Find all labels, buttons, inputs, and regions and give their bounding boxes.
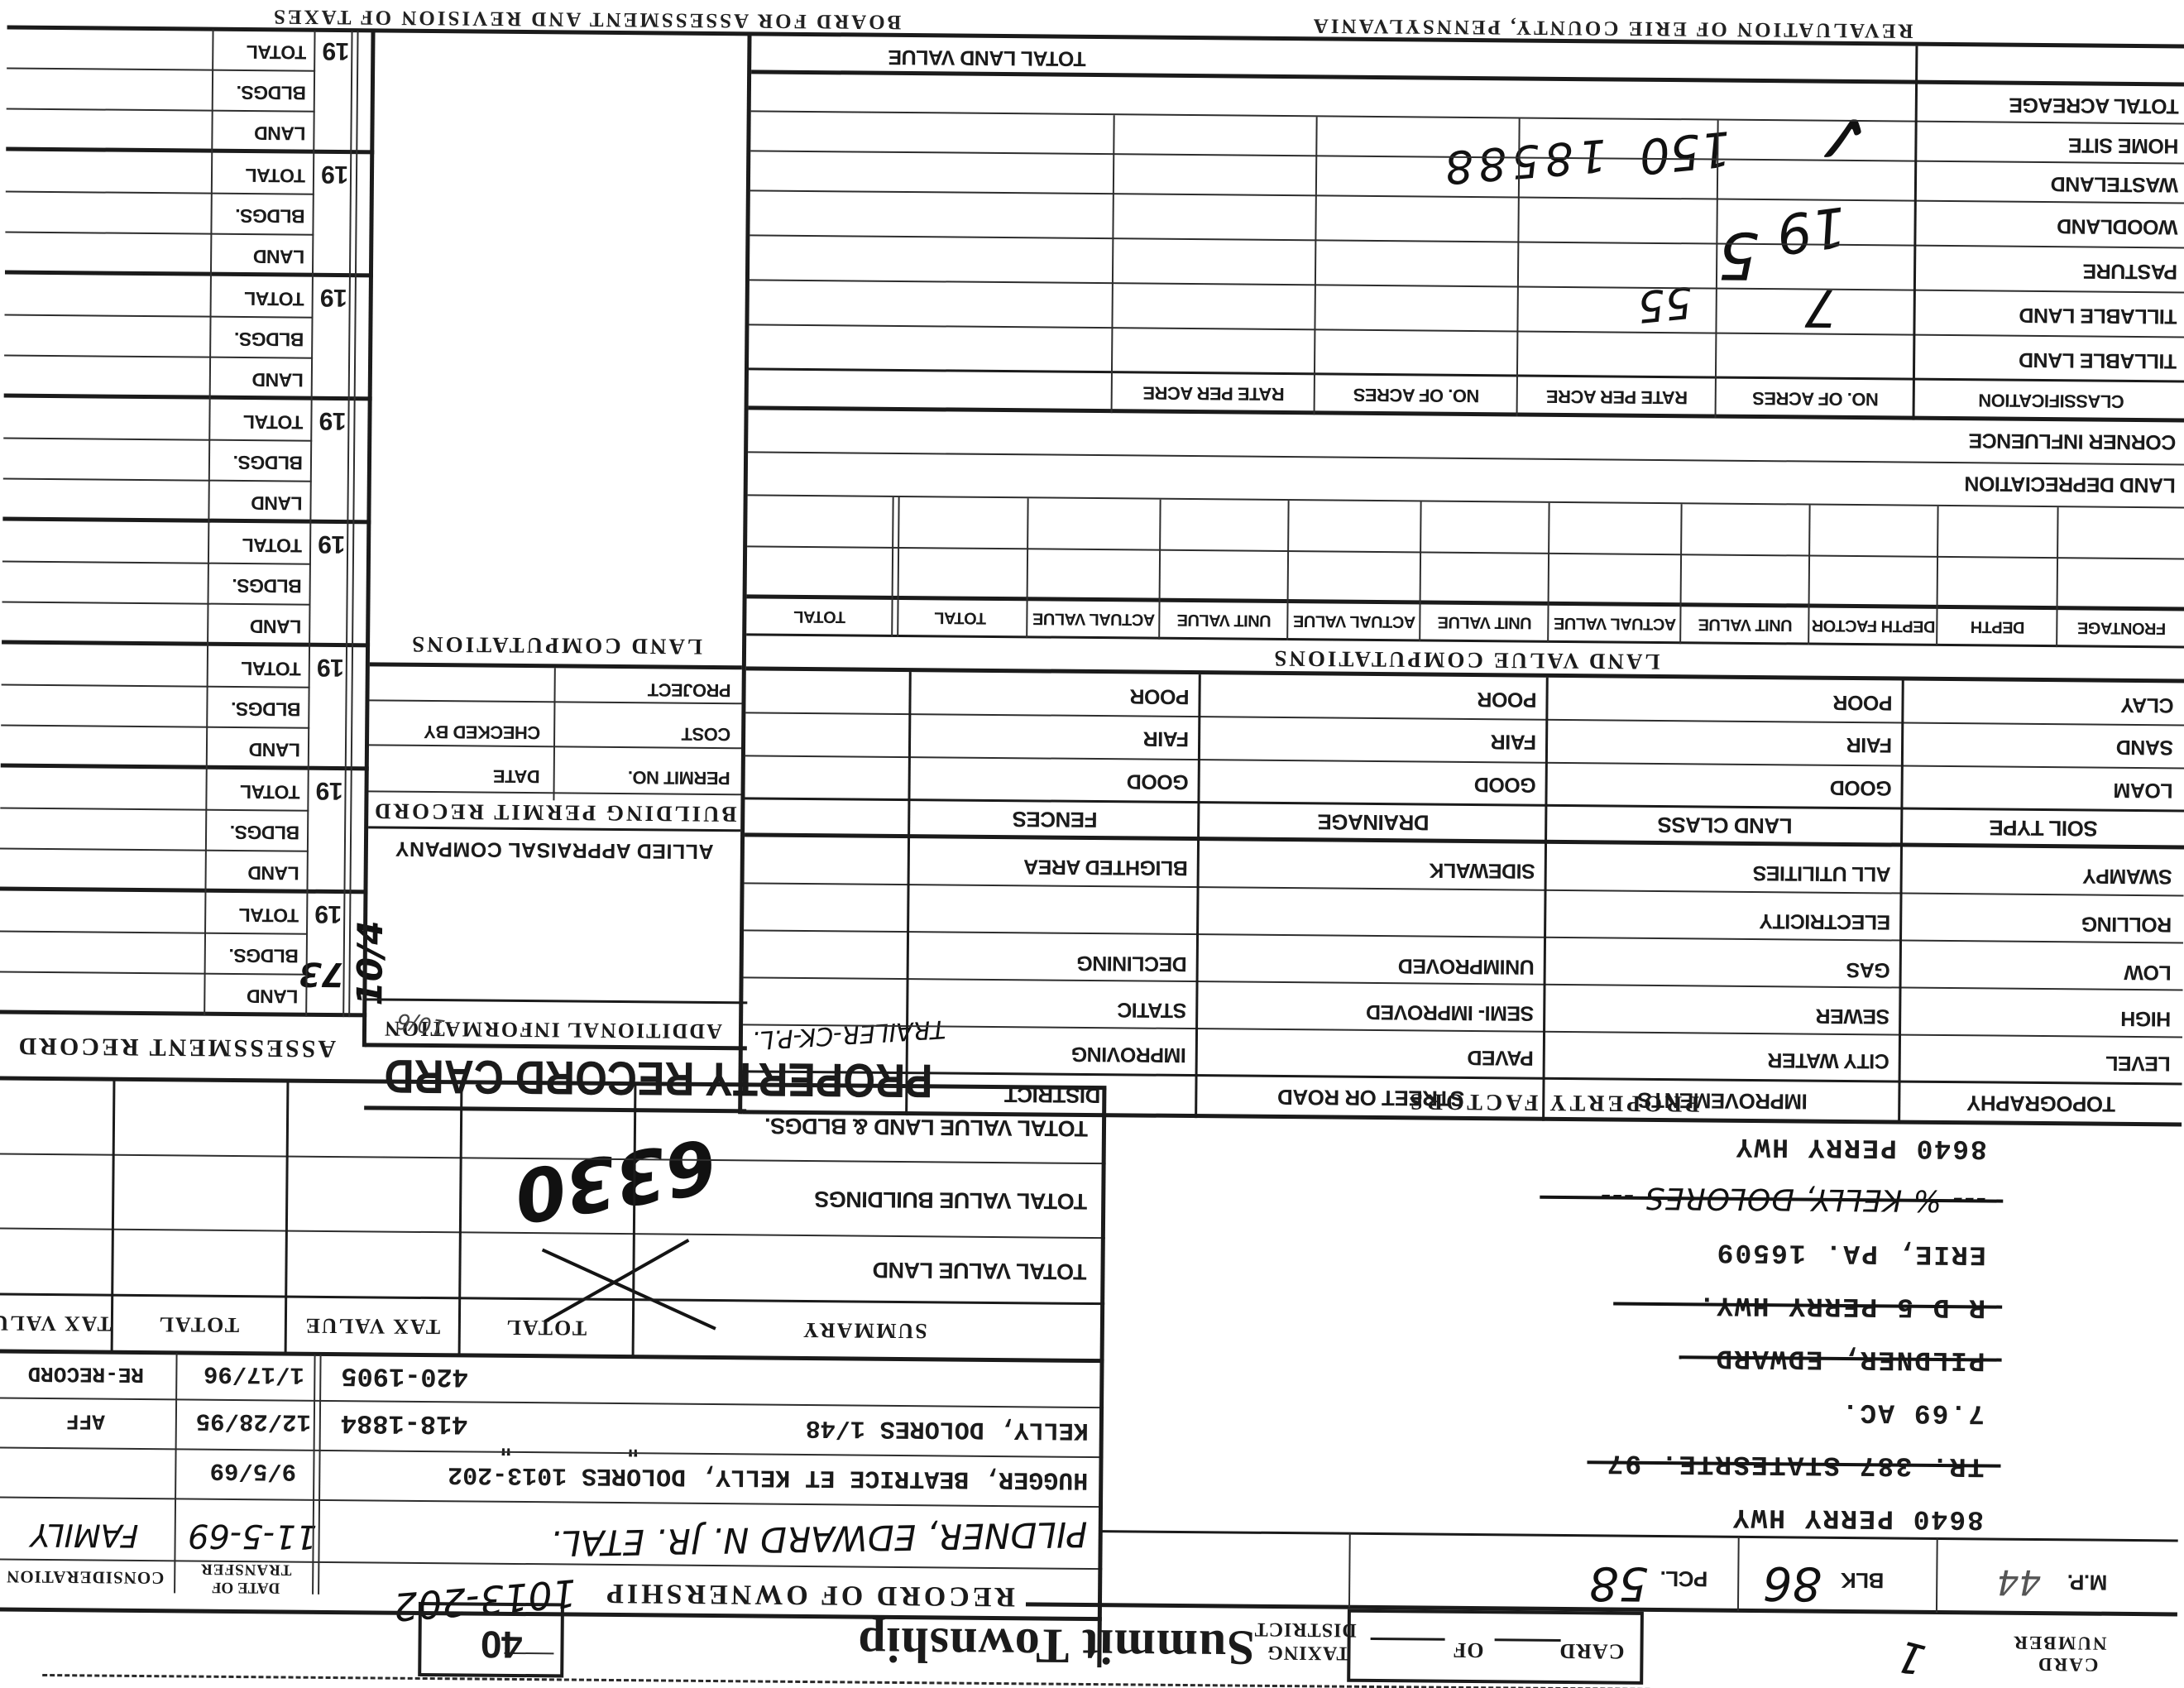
permit-no-label: PERMIT NO.: [628, 768, 730, 787]
lvc-header: FRONTAGE: [2057, 619, 2184, 636]
ownership-transfer-date: 1/17/96: [181, 1361, 326, 1387]
factors-sub-cell: GOOD: [1830, 777, 1892, 798]
rule-v-6: [174, 1353, 178, 1593]
mp-value: 44: [1997, 1565, 2042, 1599]
rule-v-17: [905, 672, 912, 1115]
rule-v-3: [1097, 1088, 1106, 1667]
classification-row-label: WOODLAND: [2057, 215, 2177, 237]
assessment-row-label: LAND: [254, 123, 305, 143]
classification-hw-acres: 19: [1774, 198, 1850, 261]
factors-sub-cell: POOR: [1833, 692, 1893, 713]
taxing-district-label-line2: DISTRICT: [1254, 1619, 1357, 1640]
factors-cell: ALL UTILITIES: [1585, 861, 1891, 883]
assessment-row-label: BLDGS.: [230, 822, 299, 842]
ownership-name: HUGGER, BEATRICE ET KELLY, DOLORES 1013-…: [448, 1461, 1088, 1492]
assessment-row-label: TOTAL: [245, 289, 304, 309]
classification-hw-value: 18588: [1439, 132, 1608, 190]
lvc-header: TOTAL: [893, 609, 1027, 626]
factors-cell: ELECTRICITY: [1584, 909, 1890, 931]
additional-information-note-2: 10/6: [395, 1009, 447, 1038]
property-record-card: CARD NUMBER 1 CARD OF TAXING DISTRICT Su…: [0, 28, 2184, 1661]
taxing-district-label-line1: TAXING: [1267, 1642, 1349, 1663]
classification-hw-check: ✓: [1812, 101, 1872, 173]
mp-label: M.P.: [2067, 1571, 2107, 1593]
factors-sub-cell: FAIR: [1491, 731, 1536, 751]
assessment-block-top-rule: [6, 147, 374, 155]
lvc-header: DEPTH: [1937, 618, 2057, 635]
assessment-row-rule: [4, 355, 313, 359]
classification-row-label: PASTURE: [2083, 260, 2177, 281]
rule-h-4: [0, 1496, 1103, 1508]
rule-v-1: [1737, 1537, 1740, 1611]
factors-sub-cell: CLAY: [2121, 694, 2174, 716]
classification-row-label: WASTELAND: [2051, 173, 2178, 194]
factors-sub-header: FENCES: [910, 808, 1200, 832]
rule-h-12: [364, 1105, 746, 1113]
ownership-deed-number: 420-1905: [341, 1362, 516, 1390]
classification-header: RATE PER ACRE: [1113, 383, 1315, 403]
classification-header: RATE PER ACRE: [1518, 386, 1717, 406]
pcl-label: PCL.: [1660, 1568, 1707, 1590]
rule-v-7: [632, 1084, 637, 1357]
assessment-year-prefix: 19: [319, 408, 347, 433]
factors-header: TOPOGRAPHY: [1900, 1092, 2182, 1116]
factors-cell: DECLINING: [947, 952, 1187, 973]
rule-v-9: [285, 1081, 290, 1355]
rule-h-37: [749, 367, 2184, 382]
total-acreage-label: TOTAL ACREAGE: [2009, 94, 2179, 117]
factors-cell: ROLLING: [1940, 912, 2172, 933]
ownership-transfer-date: 11-5-69: [180, 1518, 324, 1553]
classification-row-label: TILLABLE LAND: [2019, 349, 2177, 372]
assessment-row-label: BLDGS.: [231, 699, 300, 719]
summary-header: TAX VALUE: [0, 1312, 112, 1334]
rule-v-12: [362, 31, 376, 1047]
factors-cell: LOW: [1940, 960, 2172, 981]
permit-project-label: PROJECT: [648, 680, 731, 699]
summary-row-label: TOTAL VALUE BUILDINGS: [815, 1187, 1088, 1212]
rule-h-25: [745, 882, 2184, 896]
blk-label: BLK: [1841, 1570, 1884, 1591]
rule-h-6: [0, 1397, 1104, 1408]
summary-row-label: TOTAL VALUE LAND & BLDGS.: [764, 1115, 1088, 1139]
land-computations-label: LAND COMPUTATIONS: [370, 632, 742, 658]
factors-cell: BLIGHTED AREA: [948, 856, 1188, 877]
assessment-row-rule: [2, 683, 310, 688]
factors-sub-cell: FAIR: [1143, 728, 1189, 749]
factors-header: STREET OR ROAD: [1197, 1086, 1545, 1110]
assessment-row-rule: [5, 314, 314, 319]
assessment-row-label: LAND: [247, 986, 298, 1006]
rule-v-33: [1111, 115, 1115, 413]
assessment-row-label: LAND: [251, 493, 303, 513]
rule-h-14: [365, 998, 747, 1004]
rule-h-19: [370, 662, 742, 669]
summary-row-label: TOTAL VALUE LAND: [873, 1259, 1087, 1283]
factors-cell: PAVED: [1236, 1045, 1534, 1067]
lvc-header: UNIT VALUE: [1681, 616, 1809, 633]
permit-cost-label: COST: [682, 725, 730, 744]
factors-cell: SWAMPY: [1941, 864, 2172, 885]
rule-h-29: [745, 712, 2184, 726]
classification-row-label: HOME SITE: [2068, 134, 2178, 156]
rule-v-13: [553, 668, 555, 800]
assessment-row-rule: [0, 807, 309, 811]
rule-v-14: [1898, 681, 1904, 1125]
assessment-row-label: BLDGS.: [232, 576, 302, 596]
factors-sub-cell: GOOD: [1474, 774, 1536, 795]
assessment-row-rule: [2, 560, 311, 564]
ownership-consideration: RE-RECORD: [1, 1363, 170, 1386]
assessment-block-top-rule: [2, 516, 371, 524]
assessment-row-label: TOTAL: [242, 659, 301, 679]
assessment-block-top-rule: [0, 886, 367, 894]
assessment-first-mark: 10/4: [352, 920, 388, 1005]
classification-header: CLASSIFICATION: [1915, 391, 2184, 411]
of-label: OF: [1452, 1639, 1483, 1661]
page-edge-dashed-line: [42, 1674, 2127, 1688]
factors-sub-cell: FAIR: [1846, 734, 1892, 755]
rule-h-15: [368, 826, 740, 832]
factors-cell: STATIC: [946, 998, 1186, 1019]
rule-h-34: [748, 494, 2184, 508]
assessment-row-rule: [0, 971, 308, 975]
classification-header: NO. OF ACRES: [1315, 385, 1518, 405]
additional-information-note: TRAILER-CK-P.L.: [751, 1015, 946, 1052]
factors-header: IMPROVEMENTS: [1545, 1089, 1900, 1114]
summary-handwritten-total: 6330: [510, 1127, 721, 1232]
ownership-transfer-date: 9/5/69: [180, 1458, 325, 1484]
assessment-block-top-rule: [4, 394, 372, 401]
assessment-row-rule: [5, 232, 314, 236]
factors-sub-cell: SAND: [2116, 736, 2173, 758]
assessment-row-label: TOTAL: [246, 165, 305, 185]
assessment-year-prefix: 19: [322, 161, 349, 186]
factors-cell: SEWER: [1583, 1003, 1889, 1025]
owner-line: 8640 PERRY HWY: [1731, 1503, 1985, 1533]
factors-sub-header: SOIL TYPE: [1903, 817, 2184, 841]
lvc-header: ACTUAL VALUE: [1027, 610, 1160, 627]
classification-header: NO. OF ACRES: [1717, 389, 1915, 409]
assessment-row-rule: [7, 108, 315, 113]
rule-v-8: [458, 1082, 463, 1355]
factors-sub-cell: POOR: [1478, 688, 1537, 710]
assessment-row-label: TOTAL: [247, 42, 306, 62]
permit-date-label: DATE: [493, 767, 539, 785]
assessment-year-prefix: 19: [323, 38, 350, 63]
appraisal-company: ALLIED APPRAISAL COMPANY: [368, 837, 740, 861]
ownership-deed-number: 418-1884: [341, 1409, 516, 1437]
assessment-row-label: TOTAL: [240, 782, 299, 802]
assessment-block-top-rule: [5, 271, 373, 278]
assessment-row-rule: [3, 437, 312, 441]
consideration-header: CONSIDERATION: [0, 1567, 174, 1586]
summary-scribble-2: [544, 1239, 689, 1323]
factors-cell: IMPROVING: [946, 1043, 1186, 1064]
rule-h-28: [745, 755, 2184, 769]
factors-sub-header: DRAINAGE: [1200, 810, 1547, 835]
rule-h-40: [750, 234, 2184, 248]
rule-v-0: [1936, 1538, 1938, 1613]
assessment-row-label: LAND: [248, 863, 299, 883]
rule-h-43: [751, 110, 2184, 124]
ownership-title: RECORD OF OWNERSHIP: [603, 1579, 1015, 1610]
assessment-row-rule: [3, 477, 312, 482]
date-of-transfer-header-line1: DATE OF: [180, 1579, 312, 1595]
summary-header: TAX VALUE: [285, 1315, 459, 1338]
assessment-row-label: LAND: [253, 247, 304, 266]
ownership-transfer-date: 12/28/95: [181, 1408, 326, 1434]
factors-sub-cell: LOAM: [2114, 779, 2173, 801]
assessment-row-rule: [0, 930, 308, 934]
property-record-card-title: PROPERTY RECORD CARD: [403, 1053, 932, 1105]
assessment-row-label: TOTAL: [243, 412, 303, 432]
assessment-row-rule: [2, 601, 310, 605]
assessment-year-prefix: 19: [315, 901, 342, 926]
building-permit-record-header: BUILDING PERMIT RECORD: [368, 799, 740, 825]
rule-v-29: [1913, 46, 1918, 420]
factors-cell: GAS: [1584, 957, 1890, 979]
card-number-label-line2: NUMBER: [2012, 1633, 2106, 1653]
card-number-value: 1: [1892, 1633, 1929, 1681]
township-stamp: Summit Township: [857, 1620, 1255, 1673]
ownership-name: PILDNER, EDWARD N. JR. ETAL.: [550, 1516, 1088, 1560]
assessment-row-label: LAND: [250, 616, 301, 636]
classification-hw-mark-5: 5: [1717, 223, 1759, 287]
assessment-row-rule: [1, 724, 309, 728]
assessment-block-top-rule: [1, 763, 369, 770]
assessment-block-top-rule: [2, 640, 370, 647]
lvc-header: ACTUAL VALUE: [1549, 615, 1681, 632]
blk-value: 86: [1763, 1559, 1822, 1606]
assessment-row-label: TOTAL: [239, 905, 299, 925]
rule-v-11: [738, 34, 751, 1114]
assessment-row-label: LAND: [249, 740, 300, 760]
permit-checked-by-label: CHECKED BY: [424, 722, 541, 741]
assessment-row-label: LAND: [252, 370, 304, 390]
assessment-row-label: BLDGS.: [233, 453, 303, 472]
owner-line: ERIE, PA. 16509: [1716, 1239, 1986, 1268]
rule-v-2: [1348, 1533, 1351, 1608]
ownership-name: KELLY, DOLORES 1/48: [806, 1415, 1089, 1442]
rule-v-16: [1195, 674, 1201, 1118]
factors-cell: UNIMPROVED: [1237, 954, 1535, 976]
date-of-transfer-header-line2: TRANSFER: [180, 1561, 312, 1577]
lvc-header: UNIT VALUE: [1160, 611, 1288, 629]
rule-v-10: [111, 1080, 116, 1353]
factors-cell: CITY WATER: [1583, 1048, 1889, 1070]
rule-h-39: [750, 279, 2184, 293]
factors-cell: SIDEWALK: [1238, 858, 1535, 880]
land-depreciation-label: LAND DEPRECIATION: [1965, 472, 2176, 495]
lvc-header: UNIT VALUE: [1420, 613, 1549, 631]
rule-h-35: [748, 451, 2184, 465]
corner-number-value: 40: [481, 1626, 523, 1664]
assessment-row-label: BLDGS.: [237, 83, 306, 103]
assessment-year-prefix: 19: [316, 778, 343, 803]
rule-h-33: [747, 545, 2184, 559]
lvc-header: DEPTH FACTOR: [1809, 617, 1937, 635]
card-number-label-line1: CARD: [2037, 1655, 2099, 1675]
scanned-property-record-card: { "masthead": { "card_number_label_1": "…: [0, 0, 2184, 1688]
assessment-row-label: BLDGS.: [229, 946, 299, 966]
assessment-row-rule: [6, 191, 314, 195]
rule-h-2: [1101, 1530, 2178, 1542]
owner-line: 7.69 AC.: [1840, 1398, 1985, 1427]
assessment-row-label: BLDGS.: [234, 329, 304, 349]
rule-h-7: [0, 1349, 1104, 1363]
assessment-block-top-rule: [0, 1009, 366, 1017]
card-of-label: CARD: [1559, 1640, 1624, 1662]
assessment-row-label: BLDGS.: [236, 206, 305, 226]
assessment-year-prefix: 19: [317, 655, 344, 679]
lvc-header: ACTUAL VALUE: [1288, 612, 1420, 630]
pcl-value: 58: [1589, 1559, 1649, 1606]
factors-cell: SEMI- IMPROVED: [1236, 1000, 1534, 1023]
rule-h-8: [0, 1292, 1104, 1305]
assessment-year-prefix: 19: [320, 285, 347, 309]
assessment-row-rule: [7, 68, 315, 72]
rule-h-38: [749, 324, 2184, 338]
owner-line: 8640 PERRY HWY: [1734, 1133, 1987, 1163]
assessment-row-label: TOTAL: [242, 535, 302, 555]
classification-row-label: TILLABLE LAND: [2019, 305, 2177, 327]
factors-sub-cell: POOR: [1130, 685, 1190, 707]
summary-header: TOTAL: [112, 1313, 285, 1336]
corner-influence-label: CORNER INFLUENCE: [1969, 429, 2177, 452]
factors-sub-header: LAND CLASS: [1547, 813, 1903, 838]
rule-h-44: [751, 70, 2184, 86]
ownership-consideration: AFF: [1, 1410, 170, 1433]
factors-sub-cell: GOOD: [1127, 770, 1189, 792]
rule-v-15: [1542, 678, 1549, 1121]
ownership-consideration: FAMILY: [0, 1519, 170, 1552]
factors-cell: HIGH: [1939, 1006, 2171, 1028]
rule-v-32: [1314, 117, 1318, 415]
assessment-record-title: ASSESSMENT RECORD: [2, 1033, 350, 1062]
factors-cell: LEVEL: [1939, 1051, 2171, 1072]
lvc-header: TOTAL: [746, 607, 893, 626]
total-land-value-label: TOTAL LAND VALUE: [884, 46, 1090, 69]
assessment-row-rule: [0, 847, 309, 851]
assessment-year-prefix: 19: [318, 531, 346, 556]
